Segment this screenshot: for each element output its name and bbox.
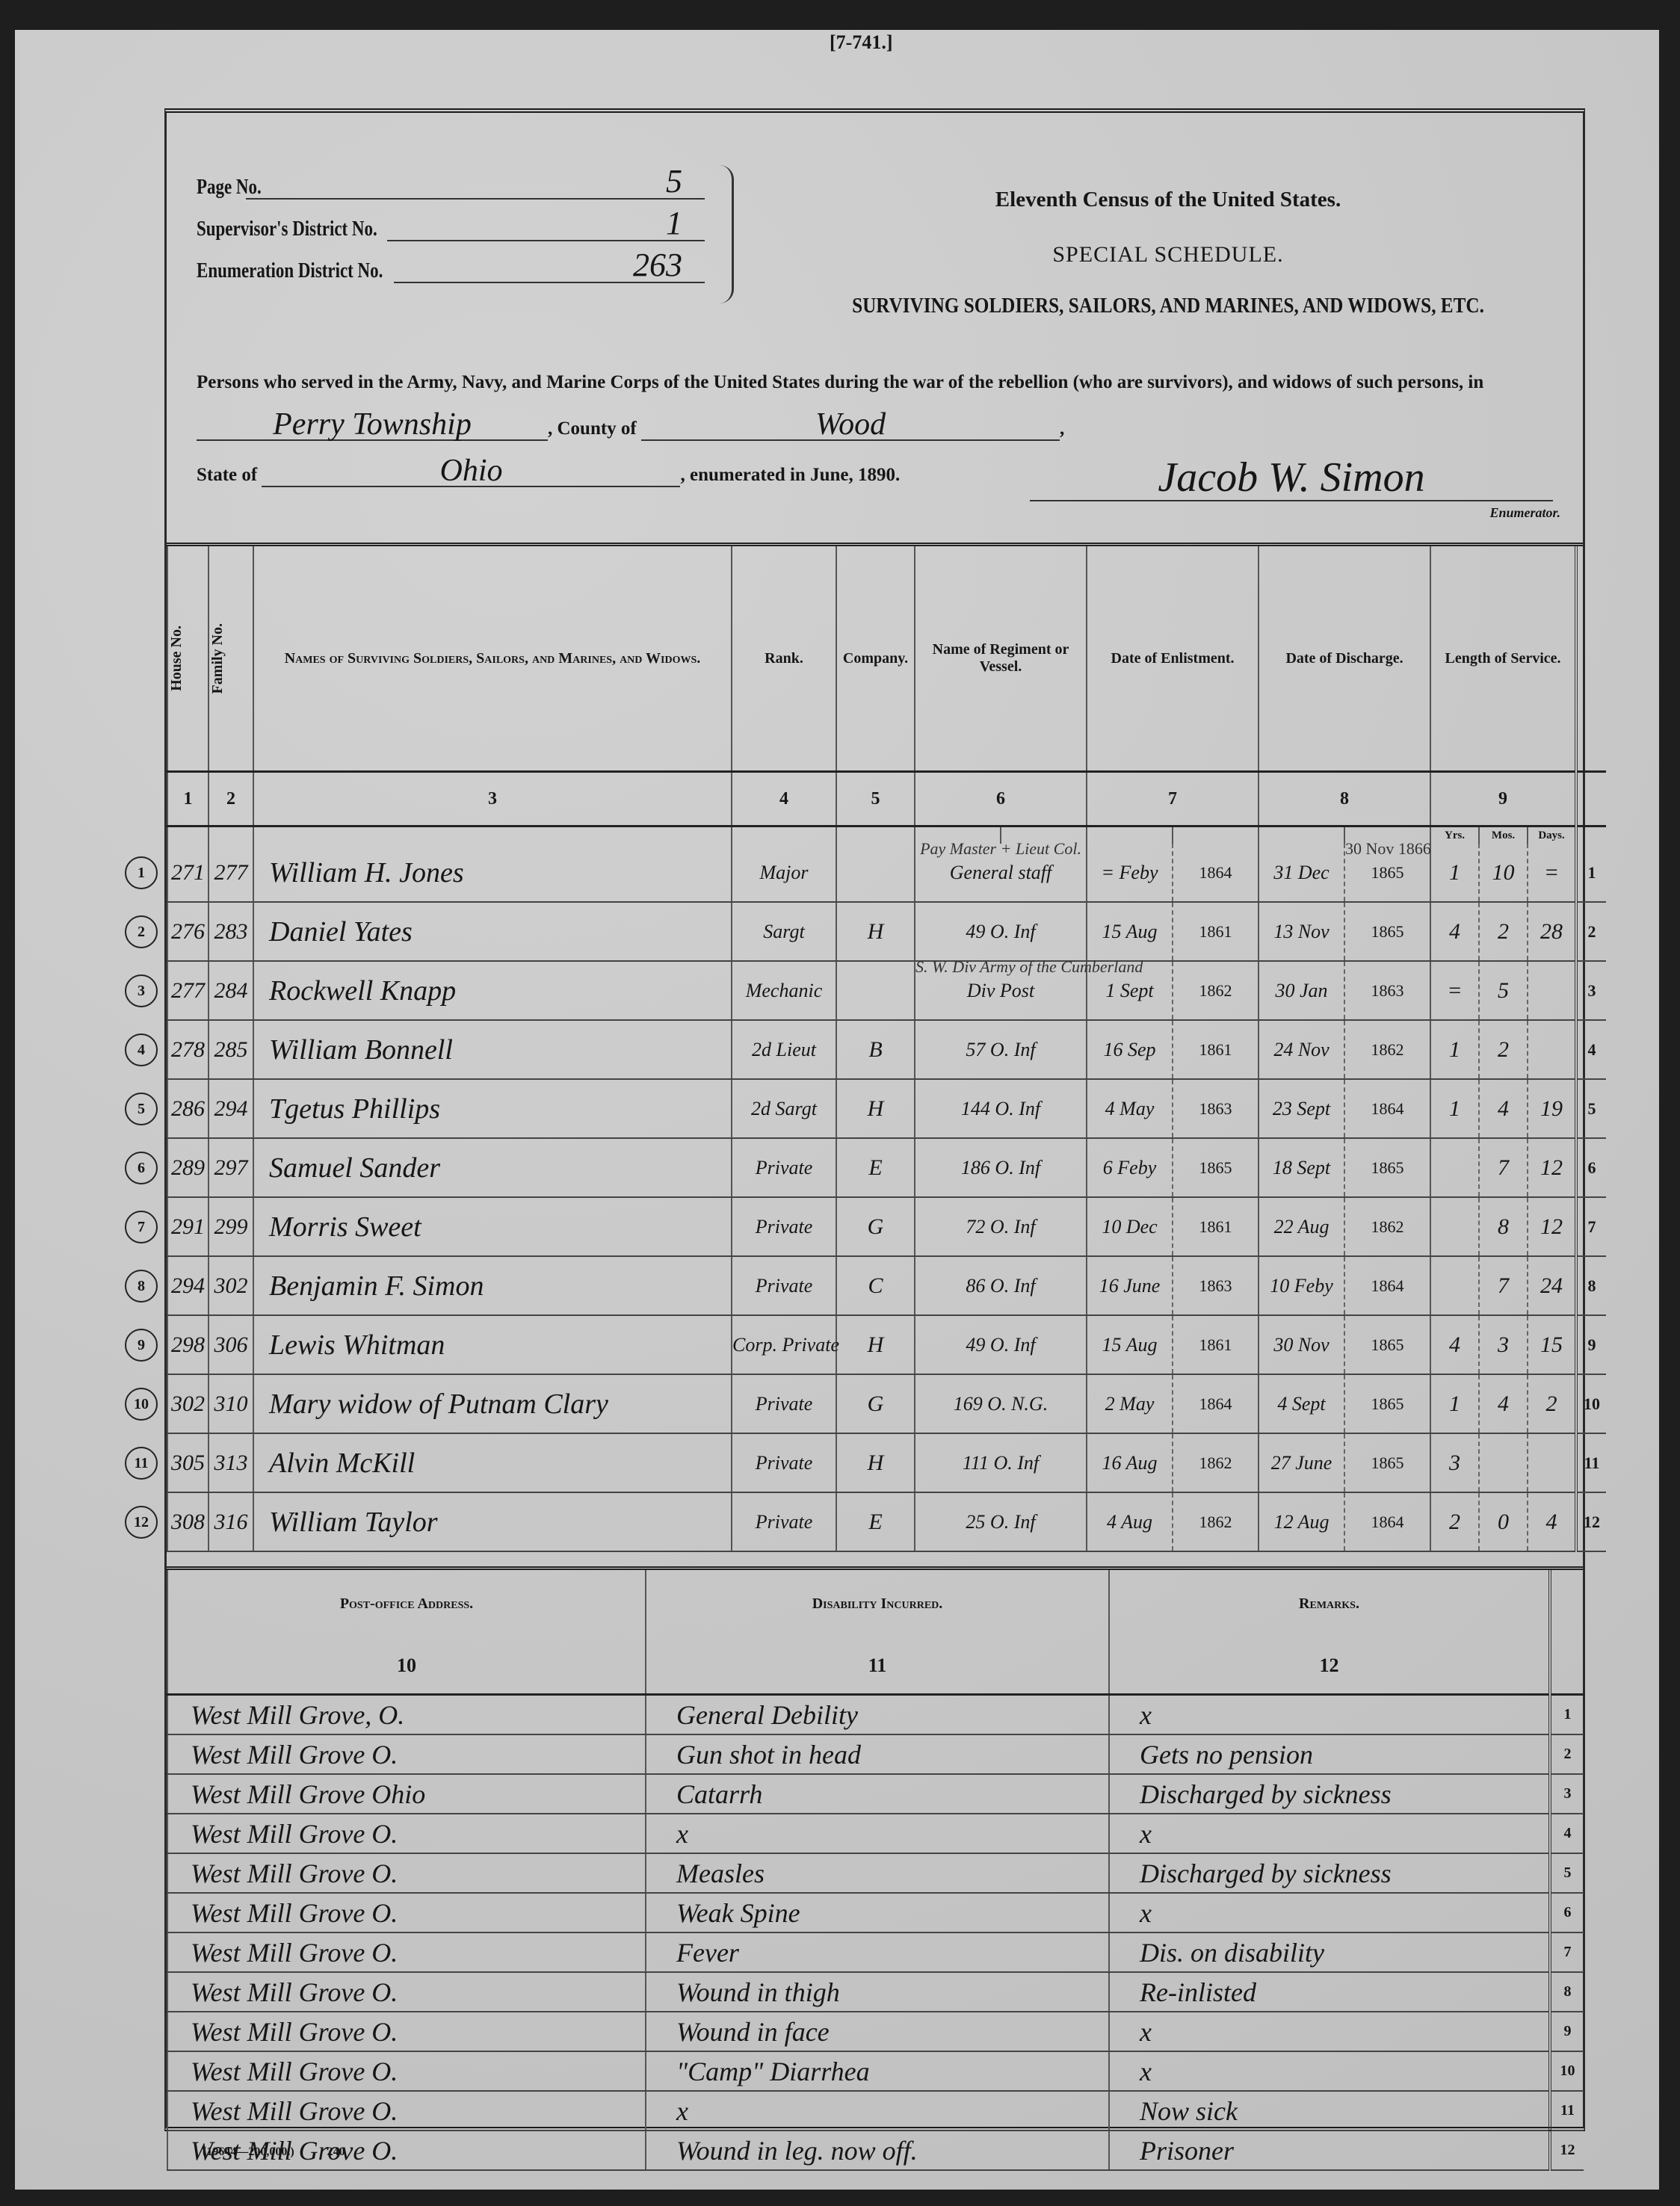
service-days: 24 xyxy=(1528,1256,1576,1315)
company: G xyxy=(836,1374,915,1433)
regiment: 49 O. Inf xyxy=(915,1315,1087,1374)
family-no: 316 xyxy=(209,1492,253,1551)
line-number: 7 xyxy=(1550,1932,1584,1972)
regiment: 57 O. Inf xyxy=(915,1020,1087,1079)
service-years: 1 xyxy=(1430,1374,1479,1433)
discharge-year: 1865 xyxy=(1344,902,1430,961)
family-no: 306 xyxy=(209,1315,253,1374)
sheet-number: 240 xyxy=(327,2145,345,2158)
disability: x xyxy=(646,2091,1109,2131)
soldier-row: 9298306Lewis WhitmanCorp. PrivateH49 O. … xyxy=(167,1315,1606,1374)
service-years: 4 xyxy=(1430,1315,1479,1374)
enlist-day-month: 15 Aug xyxy=(1087,902,1173,961)
soldier-name: William Bonnell xyxy=(253,1020,732,1079)
line-number: 8 xyxy=(1576,1256,1606,1315)
company: E xyxy=(836,1492,915,1551)
mos-header: Mos. xyxy=(1479,827,1528,844)
house-no: 7291 xyxy=(167,1197,209,1256)
line-circle: 1 xyxy=(125,856,158,889)
enlist-year: 1862 xyxy=(1173,1433,1259,1492)
disability: Wound in face xyxy=(646,2012,1109,2051)
rank: Private xyxy=(732,1138,836,1197)
soldier-name: Alvin McKill xyxy=(253,1433,732,1492)
line-number: 8 xyxy=(1550,1972,1584,2012)
house-no: 4278 xyxy=(167,1020,209,1079)
state-label: State of xyxy=(197,465,257,485)
address-row: West Mill Grove O.Wound in leg. now off.… xyxy=(167,2131,1584,2170)
disability: Wound in leg. now off. xyxy=(646,2131,1109,2170)
line-number: 4 xyxy=(1550,1814,1584,1853)
line-number: 1 xyxy=(1576,844,1606,902)
enlist-day-month: 15 Aug xyxy=(1087,1315,1173,1374)
address-table: Post-office Address. Disability Incurred… xyxy=(167,1566,1583,2171)
discharge-day-month: 30 Jan xyxy=(1259,961,1344,1020)
enlist-day-month: 10 Dec xyxy=(1087,1197,1173,1256)
company: C xyxy=(836,1256,915,1315)
census-sheet: [7-741.] Page No.5 Supervisor's District… xyxy=(15,30,1659,2190)
company: H xyxy=(836,1079,915,1138)
schedule-title: SURVIVING SOLDIERS, SAILORS, AND MARINES… xyxy=(818,294,1518,318)
disability: x xyxy=(646,1814,1109,1853)
disability: Catarrh xyxy=(646,1774,1109,1814)
service-days xyxy=(1528,1020,1576,1079)
family-no: 285 xyxy=(209,1020,253,1079)
discharge-day-month: 22 Aug xyxy=(1259,1197,1344,1256)
discharge-year: 1863 xyxy=(1344,961,1430,1020)
regiment: 72 O. Inf xyxy=(915,1197,1087,1256)
line-circle: 11 xyxy=(125,1447,158,1480)
service-months: 10 xyxy=(1479,844,1528,902)
soldier-name: Morris Sweet xyxy=(253,1197,732,1256)
house-no: 9298 xyxy=(167,1315,209,1374)
regiment: S. W. Div Army of the CumberlandDiv Post xyxy=(915,961,1087,1020)
discharge-year: 1864 xyxy=(1344,1079,1430,1138)
family-no: 313 xyxy=(209,1433,253,1492)
discharge-day-month: 24 Nov xyxy=(1259,1020,1344,1079)
remarks: x xyxy=(1109,1893,1550,1932)
line-number: 10 xyxy=(1550,2051,1584,2091)
post-office-address: West Mill Grove O. xyxy=(167,1814,646,1853)
rank: Private xyxy=(732,1433,836,1492)
remarks: x xyxy=(1109,1814,1550,1853)
soldier-name: William H. Jones xyxy=(253,844,732,902)
discharge-day-month: 10 Feby xyxy=(1259,1256,1344,1315)
discharge-day-month: 13 Nov xyxy=(1259,902,1344,961)
line-number: 11 xyxy=(1576,1433,1606,1492)
family-no-header: Family No. xyxy=(209,546,253,772)
company-header: Company. xyxy=(836,546,915,772)
line-number: 12 xyxy=(1576,1492,1606,1551)
discharge-day-month: 4 Sept xyxy=(1259,1374,1344,1433)
soldier-row: 1271277William H. JonesMajorPay Master +… xyxy=(167,844,1606,902)
service-days: 12 xyxy=(1528,1138,1576,1197)
names-header: Names of Surviving Soldiers, Sailors, an… xyxy=(253,546,732,772)
house-no: 11305 xyxy=(167,1433,209,1492)
discharge-year: 1865 xyxy=(1344,1374,1430,1433)
soldier-name: Daniel Yates xyxy=(253,902,732,961)
house-no-header: House No. xyxy=(167,546,209,772)
enlist-year: 1861 xyxy=(1173,902,1259,961)
days-header: Days. xyxy=(1528,827,1576,844)
post-office-address: West Mill Grove O. xyxy=(167,1932,646,1972)
form-frame: Page No.5 Supervisor's District No.1 Enu… xyxy=(164,108,1585,2131)
line-circle: 7 xyxy=(125,1211,158,1243)
enumerator-signature: Jacob W. Simon xyxy=(1030,455,1553,501)
service-months: 4 xyxy=(1479,1374,1528,1433)
remarks: Re-inlisted xyxy=(1109,1972,1550,2012)
enlist-day-month: 16 Sep xyxy=(1087,1020,1173,1079)
yrs-header: Yrs. xyxy=(1430,827,1479,844)
address-row: West Mill Grove O.MeaslesDischarged by s… xyxy=(167,1853,1584,1893)
township-field: Perry Township xyxy=(197,410,548,441)
house-no: 3277 xyxy=(167,961,209,1020)
soldier-row: 11305313Alvin McKillPrivateH111 O. Inf16… xyxy=(167,1433,1606,1492)
soldier-row: 5286294Tgetus Phillips2d SargtH144 O. In… xyxy=(167,1079,1606,1138)
house-no: 2276 xyxy=(167,902,209,961)
regiment: 186 O. Inf xyxy=(915,1138,1087,1197)
soldiers-table: House No. Family No. Names of Surviving … xyxy=(167,543,1583,1552)
post-office-address: West Mill Grove O. xyxy=(167,2091,646,2131)
house-no: 6289 xyxy=(167,1138,209,1197)
address-row: West Mill Grove, O.General Debilityx1 xyxy=(167,1695,1584,1735)
enumeration-label: Enumeration District No. xyxy=(197,259,383,283)
remarks: x xyxy=(1109,2012,1550,2051)
disability: Weak Spine xyxy=(646,1893,1109,1932)
service-years xyxy=(1430,1138,1479,1197)
enumerator-label: Enumerator. xyxy=(1489,505,1560,521)
page-no-value: 5 xyxy=(246,165,705,200)
service-days: 28 xyxy=(1528,902,1576,961)
discharge-year: 1865 xyxy=(1344,1138,1430,1197)
address-row: West Mill Grove O.Weak Spinex6 xyxy=(167,1893,1584,1932)
soldier-row: 10302310Mary widow of Putnam ClaryPrivat… xyxy=(167,1374,1606,1433)
enlist-year: 1863 xyxy=(1173,1256,1259,1315)
company: H xyxy=(836,1433,915,1492)
soldier-name: Samuel Sander xyxy=(253,1138,732,1197)
soldier-row: 4278285William Bonnell2d LieutB57 O. Inf… xyxy=(167,1020,1606,1079)
service-years: 3 xyxy=(1430,1433,1479,1492)
regiment: 169 O. N.G. xyxy=(915,1374,1087,1433)
discharge-day-month: 12 Aug xyxy=(1259,1492,1344,1551)
rank: Major xyxy=(732,844,836,902)
discharge-day-month: 30 Nov xyxy=(1259,1315,1344,1374)
enlist-day-month: = Feby xyxy=(1087,844,1173,902)
census-title: Eleventh Census of the United States. xyxy=(779,188,1557,212)
address-row: West Mill Grove O.Wound in thighRe-inlis… xyxy=(167,1972,1584,2012)
regiment: 144 O. Inf xyxy=(915,1079,1087,1138)
enlist-day-month: 1 Sept xyxy=(1087,961,1173,1020)
enlist-day-month: 16 June xyxy=(1087,1256,1173,1315)
enlist-year: 1865 xyxy=(1173,1138,1259,1197)
enlist-year: 1864 xyxy=(1173,844,1259,902)
rank: Sargt xyxy=(732,902,836,961)
enlist-day-month: 2 May xyxy=(1087,1374,1173,1433)
remarks: Now sick xyxy=(1109,2091,1550,2131)
line-number: 2 xyxy=(1550,1734,1584,1774)
house-no: 5286 xyxy=(167,1079,209,1138)
disability: General Debility xyxy=(646,1695,1109,1735)
line-circle: 6 xyxy=(125,1152,158,1184)
discharge-year: 1864 xyxy=(1344,1492,1430,1551)
remarks: Dis. on disability xyxy=(1109,1932,1550,1972)
address-row: West Mill Grove OhioCatarrhDischarged by… xyxy=(167,1774,1584,1814)
line-number: 9 xyxy=(1550,2012,1584,2051)
column-header-row: House No. Family No. Names of Surviving … xyxy=(167,546,1606,772)
regiment: 111 O. Inf xyxy=(915,1433,1087,1492)
post-office-address: West Mill Grove, O. xyxy=(167,1695,646,1735)
company xyxy=(836,844,915,902)
address-row: West Mill Grove O.xx4 xyxy=(167,1814,1584,1853)
enlistment-header: Date of Enlistment. xyxy=(1087,546,1259,772)
line-number: 5 xyxy=(1576,1079,1606,1138)
soldier-name: William Taylor xyxy=(253,1492,732,1551)
enlist-year: 1864 xyxy=(1173,1374,1259,1433)
family-no: 297 xyxy=(209,1138,253,1197)
title-block: Eleventh Census of the United States. SP… xyxy=(779,188,1557,318)
line-circle: 4 xyxy=(125,1034,158,1066)
soldier-row: 12308316William TaylorPrivateE25 O. Inf4… xyxy=(167,1492,1606,1551)
soldier-row: 3277284Rockwell KnappMechanicS. W. Div A… xyxy=(167,961,1606,1020)
service-days xyxy=(1528,1433,1576,1492)
soldier-name: Tgetus Phillips xyxy=(253,1079,732,1138)
service-years: 1 xyxy=(1430,1079,1479,1138)
discharge-year: 1865 xyxy=(1344,1433,1430,1492)
line-number: 2 xyxy=(1576,902,1606,961)
service-months: 7 xyxy=(1479,1138,1528,1197)
regiment: 25 O. Inf xyxy=(915,1492,1087,1551)
rank-header: Rank. xyxy=(732,546,836,772)
service-days: 15 xyxy=(1528,1315,1576,1374)
service-months: 2 xyxy=(1479,1020,1528,1079)
rank: Mechanic xyxy=(732,961,836,1020)
service-months: 4 xyxy=(1479,1079,1528,1138)
enumerated-text: , enumerated in June, 1890. xyxy=(680,465,900,485)
line-number: 6 xyxy=(1550,1893,1584,1932)
line-number: 7 xyxy=(1576,1197,1606,1256)
line-circle: 9 xyxy=(125,1329,158,1362)
disability: "Camp" Diarrhea xyxy=(646,2051,1109,2091)
family-no: 283 xyxy=(209,902,253,961)
enlist-year: 1862 xyxy=(1173,1492,1259,1551)
family-no: 310 xyxy=(209,1374,253,1433)
soldier-name: Benjamin F. Simon xyxy=(253,1256,732,1315)
disability: Gun shot in head xyxy=(646,1734,1109,1774)
remarks: Discharged by sickness xyxy=(1109,1853,1550,1893)
service-months: 0 xyxy=(1479,1492,1528,1551)
rank: Private xyxy=(732,1492,836,1551)
company: H xyxy=(836,902,915,961)
discharge-year: 1862 xyxy=(1344,1197,1430,1256)
post-office-address: West Mill Grove O. xyxy=(167,1734,646,1774)
remarks-header: Remarks. xyxy=(1109,1570,1550,1637)
enlist-day-month: 4 Aug xyxy=(1087,1492,1173,1551)
rank: Private xyxy=(732,1197,836,1256)
rank: Private xyxy=(732,1256,836,1315)
post-office-address: West Mill Grove O. xyxy=(167,1893,646,1932)
line-number: 4 xyxy=(1576,1020,1606,1079)
line-number: 6 xyxy=(1576,1138,1606,1197)
company: E xyxy=(836,1138,915,1197)
post-office-address: West Mill Grove O. xyxy=(167,1853,646,1893)
district-info: Page No.5 Supervisor's District No.1 Enu… xyxy=(197,158,705,283)
service-days: 2 xyxy=(1528,1374,1576,1433)
regiment-header: Name of Regiment or Vessel. xyxy=(915,546,1087,772)
service-years xyxy=(1430,1256,1479,1315)
regiment: Pay Master + Lieut Col.General staff xyxy=(915,844,1087,902)
address-row: West Mill Grove O.xNow sick11 xyxy=(167,2091,1584,2131)
state-field: Ohio xyxy=(262,456,680,487)
service-months: 5 xyxy=(1479,961,1528,1020)
column-number-row: 1 2 3 4 5 6 7 8 9 xyxy=(167,772,1606,827)
intro-text: Persons who served in the Army, Navy, an… xyxy=(197,372,1483,392)
house-no: 1271 xyxy=(167,844,209,902)
discharge-day-month: 18 Sept xyxy=(1259,1138,1344,1197)
disability: Wound in thigh xyxy=(646,1972,1109,2012)
supervisor-value: 1 xyxy=(387,207,705,241)
page-no-label: Page No. xyxy=(197,176,262,200)
address-row: West Mill Grove O."Camp" Diarrheax10 xyxy=(167,2051,1584,2091)
enlist-year: 1861 xyxy=(1173,1197,1259,1256)
line-circle: 3 xyxy=(125,974,158,1007)
line-number: 10 xyxy=(1576,1374,1606,1433)
length-header: Length of Service. xyxy=(1430,546,1576,772)
disability: Fever xyxy=(646,1932,1109,1972)
enlist-day-month: 4 May xyxy=(1087,1079,1173,1138)
service-days xyxy=(1528,961,1576,1020)
county-field: Wood xyxy=(641,410,1060,441)
service-months: 3 xyxy=(1479,1315,1528,1374)
post-office-address: West Mill Grove Ohio xyxy=(167,1774,646,1814)
service-days: 19 xyxy=(1528,1079,1576,1138)
discharge-year: 1864 xyxy=(1344,1256,1430,1315)
house-no: 12308 xyxy=(167,1492,209,1551)
company xyxy=(836,961,915,1020)
address-row: West Mill Grove O.Wound in facex9 xyxy=(167,2012,1584,2051)
line-number: 5 xyxy=(1550,1853,1584,1893)
discharge-day-month: 23 Sept xyxy=(1259,1079,1344,1138)
address-row: West Mill Grove O.Gun shot in headGets n… xyxy=(167,1734,1584,1774)
soldier-name: Rockwell Knapp xyxy=(253,961,732,1020)
house-no: 10302 xyxy=(167,1374,209,1433)
post-office-address: West Mill Grove O. xyxy=(167,2051,646,2091)
service-months: 2 xyxy=(1479,902,1528,961)
soldier-row: 7291299Morris SweetPrivateG72 O. Inf10 D… xyxy=(167,1197,1606,1256)
rank: 2d Lieut xyxy=(732,1020,836,1079)
family-no: 302 xyxy=(209,1256,253,1315)
discharge-day-month: 27 June xyxy=(1259,1433,1344,1492)
service-days: 12 xyxy=(1528,1197,1576,1256)
remarks: x xyxy=(1109,1695,1550,1735)
disability-header: Disability Incurred. xyxy=(646,1570,1109,1637)
enlist-year: 1861 xyxy=(1173,1020,1259,1079)
brace-divider xyxy=(720,165,734,303)
line-number: 1 xyxy=(1550,1695,1584,1735)
line-circle: 2 xyxy=(125,915,158,948)
service-months xyxy=(1479,1433,1528,1492)
enlist-day-month: 16 Aug xyxy=(1087,1433,1173,1492)
rank: Corp. Private xyxy=(732,1315,836,1374)
service-years: 4 xyxy=(1430,902,1479,961)
line-number: 12 xyxy=(1550,2131,1584,2170)
enlist-day-month: 6 Feby xyxy=(1087,1138,1173,1197)
print-footer: (19644—200,000.) 240 xyxy=(203,2145,375,2159)
address-row: West Mill Grove O.FeverDis. on disabilit… xyxy=(167,1932,1584,1972)
county-label: , County of xyxy=(548,418,637,439)
line-number: 9 xyxy=(1576,1315,1606,1374)
remarks: Prisoner xyxy=(1109,2131,1550,2170)
soldier-name: Lewis Whitman xyxy=(253,1315,732,1374)
rank: 2d Sargt xyxy=(732,1079,836,1138)
remarks: Discharged by sickness xyxy=(1109,1774,1550,1814)
enlist-year: 1862 xyxy=(1173,961,1259,1020)
company: H xyxy=(836,1315,915,1374)
family-no: 294 xyxy=(209,1079,253,1138)
address-header: Post-office Address. xyxy=(167,1570,646,1637)
service-years: 1 xyxy=(1430,1020,1479,1079)
service-months: 8 xyxy=(1479,1197,1528,1256)
enumeration-value: 263 xyxy=(394,249,705,283)
print-code: (19644—200,000.) xyxy=(203,2145,294,2158)
enlist-year: 1861 xyxy=(1173,1315,1259,1374)
house-no: 8294 xyxy=(167,1256,209,1315)
post-office-address: West Mill Grove O. xyxy=(167,1972,646,2012)
line-number: 3 xyxy=(1550,1774,1584,1814)
line-number: 3 xyxy=(1576,961,1606,1020)
service-days: 4 xyxy=(1528,1492,1576,1551)
remarks: Gets no pension xyxy=(1109,1734,1550,1774)
service-months: 7 xyxy=(1479,1256,1528,1315)
post-office-address: West Mill Grove O. xyxy=(167,2012,646,2051)
rank: Private xyxy=(732,1374,836,1433)
line-circle: 8 xyxy=(125,1270,158,1303)
regiment: 49 O. Inf xyxy=(915,902,1087,961)
discharge-year: 1865 xyxy=(1344,1315,1430,1374)
family-no: 284 xyxy=(209,961,253,1020)
company: B xyxy=(836,1020,915,1079)
discharge-day-month: 31 Dec xyxy=(1259,844,1344,902)
soldier-row: 2276283Daniel YatesSargtH49 O. Inf15 Aug… xyxy=(167,902,1606,961)
soldier-row: 8294302Benjamin F. SimonPrivateC86 O. In… xyxy=(167,1256,1606,1315)
service-years xyxy=(1430,1197,1479,1256)
service-years: = xyxy=(1430,961,1479,1020)
line-circle: 12 xyxy=(125,1506,158,1539)
soldier-row: 6289297Samuel SanderPrivateE186 O. Inf6 … xyxy=(167,1138,1606,1197)
service-years: 2 xyxy=(1430,1492,1479,1551)
discharge-year: 1862 xyxy=(1344,1020,1430,1079)
line-number: 11 xyxy=(1550,2091,1584,2131)
discharge-year: 30 Nov 18661865 xyxy=(1344,844,1430,902)
disability: Measles xyxy=(646,1853,1109,1893)
soldier-name: Mary widow of Putnam Clary xyxy=(253,1374,732,1433)
supervisor-label: Supervisor's District No. xyxy=(197,217,377,241)
line-circle: 5 xyxy=(125,1093,158,1125)
line-circle: 10 xyxy=(125,1388,158,1421)
schedule-subtitle: SPECIAL SCHEDULE. xyxy=(779,242,1557,268)
regiment: 86 O. Inf xyxy=(915,1256,1087,1315)
remarks: x xyxy=(1109,2051,1550,2091)
family-no: 277 xyxy=(209,844,253,902)
service-years: 1 xyxy=(1430,844,1479,902)
form-number: [7-741.] xyxy=(830,31,892,54)
family-no: 299 xyxy=(209,1197,253,1256)
enlist-year: 1863 xyxy=(1173,1079,1259,1138)
company: G xyxy=(836,1197,915,1256)
service-days: = xyxy=(1528,844,1576,902)
discharge-header: Date of Discharge. xyxy=(1259,546,1430,772)
